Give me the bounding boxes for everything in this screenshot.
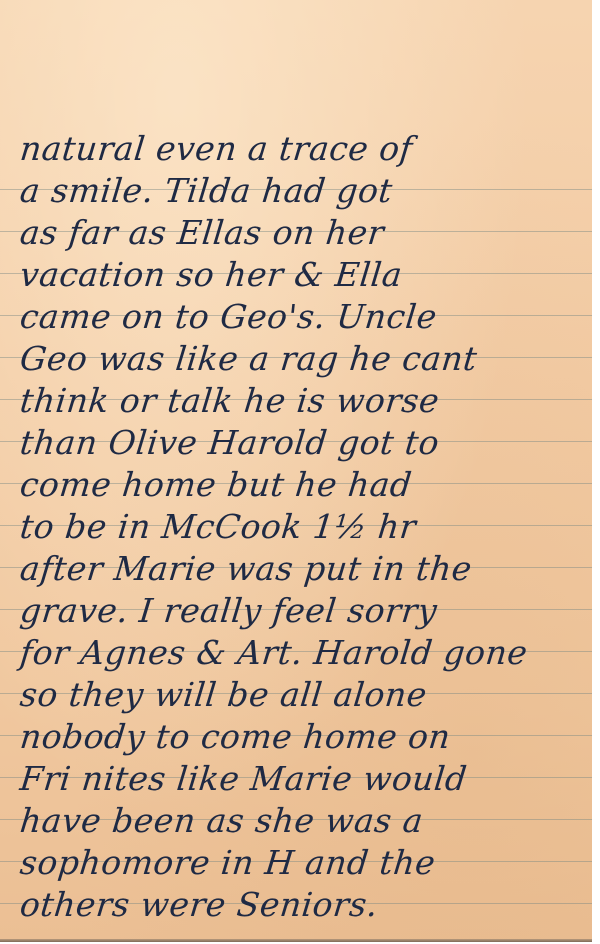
text-line: after Marie was put in the [18, 548, 592, 590]
scan-border [592, 0, 600, 944]
handwritten-text: natural even a trace of a smile. Tilda h… [18, 128, 588, 926]
text-line: others were Seniors. [18, 884, 592, 926]
text-line: have been as she was a [18, 800, 592, 842]
text-line: Geo was like a rag he cant [18, 338, 592, 380]
text-line: vacation so her & Ella [18, 254, 592, 296]
letter-page: natural even a trace of a smile. Tilda h… [0, 0, 592, 942]
text-line: think or talk he is worse [18, 380, 592, 422]
text-line: a smile. Tilda had got [18, 170, 592, 212]
text-line: came on to Geo's. Uncle [18, 296, 592, 338]
text-line: sophomore in H and the [18, 842, 592, 884]
text-line: grave. I really feel sorry [18, 590, 592, 632]
text-line: Fri nites like Marie would [18, 758, 592, 800]
text-line: as far as Ellas on her [18, 212, 592, 254]
paper-bottom-edge [0, 939, 592, 942]
text-line: natural even a trace of [18, 128, 592, 170]
text-line: to be in McCook 1½ hr [18, 506, 592, 548]
text-line: for Agnes & Art. Harold gone [18, 632, 592, 674]
text-line: so they will be all alone [18, 674, 592, 716]
text-line: nobody to come home on [18, 716, 592, 758]
text-line: come home but he had [18, 464, 592, 506]
text-line: than Olive Harold got to [18, 422, 592, 464]
